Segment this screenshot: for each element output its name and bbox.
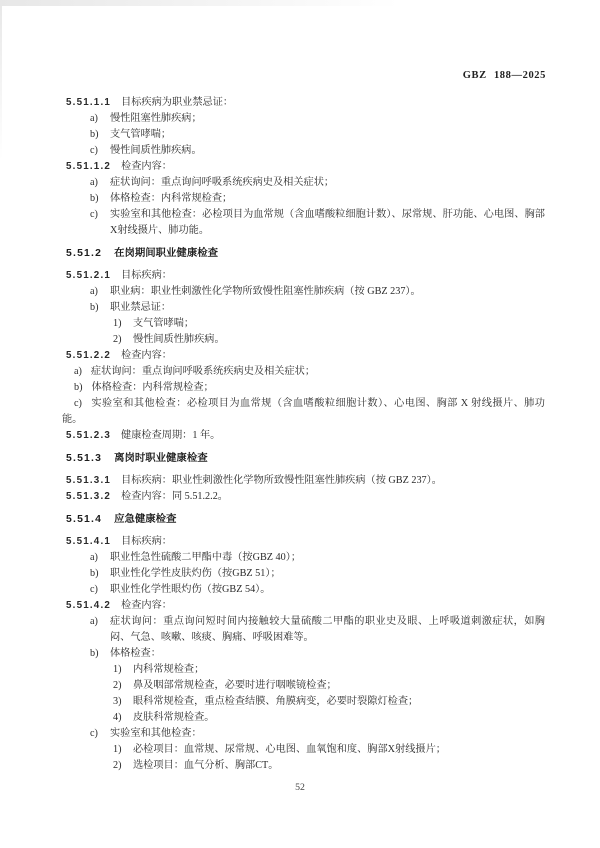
block-text: 内科常规检查； bbox=[133, 664, 204, 675]
list-item-level1-flat-c): c)实验室和其他检查：必检项目为血常规（含血嗜酸粒细胞计数）、心电图、胸部 X … bbox=[62, 396, 545, 428]
block-text: 应急健康检查 bbox=[114, 514, 176, 525]
block-text: 体格检查： bbox=[110, 648, 161, 659]
list-item-level1-a): a)慢性阻塞性肺疾病； bbox=[66, 111, 545, 127]
block-text: 职业性化学性眼灼伤（按GBZ 54）。 bbox=[110, 584, 270, 595]
clause-number: 5.51.2.1 bbox=[66, 270, 111, 281]
item-marker: a) bbox=[90, 614, 98, 630]
list-item-level1-b): b)体格检查：内科常规检查； bbox=[66, 191, 545, 207]
block-text: 支气管哮喘； bbox=[110, 129, 171, 140]
clause-number: 5.51.4.1 bbox=[66, 536, 111, 547]
document-header-standard-number: GBZ 188—2025 bbox=[463, 70, 546, 81]
block-text: 实验室和其他检查： bbox=[110, 728, 202, 739]
block-text: 慢性间质性肺疾病。 bbox=[133, 334, 225, 345]
list-item-level1-b): b)体格检查： bbox=[66, 646, 545, 662]
clause-5.51.2.2: 5.51.2.2检查内容： bbox=[66, 348, 545, 364]
item-marker: a) bbox=[90, 550, 98, 566]
document-body: 5.51.1.1目标疾病为职业禁忌证：a)慢性阻塞性肺疾病；b)支气管哮喘；c)… bbox=[66, 95, 545, 774]
item-marker: b) bbox=[74, 382, 83, 393]
item-marker: 4) bbox=[113, 710, 122, 726]
block-text: 检查内容： bbox=[121, 161, 172, 172]
item-marker: b) bbox=[90, 646, 99, 662]
item-marker: b) bbox=[90, 191, 99, 207]
block-text: 症状询问：重点询问呼吸系统疾病史及相关症状； bbox=[91, 366, 315, 377]
list-item-level1-a): a)职业性急性硫酸二甲酯中毒（按GBZ 40）； bbox=[66, 550, 545, 566]
block-text: 检查内容： bbox=[121, 600, 172, 611]
block-text: 职业禁忌证： bbox=[110, 302, 171, 313]
list-item-level2-1): 1)支气管哮喘； bbox=[66, 316, 545, 332]
clause-5.51.2.3: 5.51.2.3健康检查周期：1 年。 bbox=[66, 428, 545, 444]
block-text: 目标疾病为职业禁忌证： bbox=[121, 97, 233, 108]
section-heading-5.51.3: 5.51.3离岗时职业健康检查 bbox=[66, 451, 545, 467]
section-heading-5.51.2: 5.51.2在岗期间职业健康检查 bbox=[66, 246, 545, 262]
clause-number: 5.51.2.3 bbox=[66, 430, 111, 441]
list-item-level1-b): b)职业禁忌证： bbox=[66, 300, 545, 316]
item-marker: 2) bbox=[113, 758, 122, 774]
item-marker: a) bbox=[74, 366, 82, 377]
block-text: 鼻及咽部常规检查，必要时进行咽喉镜检查； bbox=[133, 680, 337, 691]
section-heading-5.51.4: 5.51.4应急健康检查 bbox=[66, 512, 545, 528]
document-page: GBZ 188—2025 5.51.1.1目标疾病为职业禁忌证：a)慢性阻塞性肺… bbox=[0, 0, 600, 848]
block-text: 皮肤科常规检查。 bbox=[133, 712, 215, 723]
block-text: 体格检查：内科常规检查； bbox=[110, 193, 232, 204]
item-marker: 1) bbox=[113, 742, 122, 758]
page-number: 52 bbox=[0, 782, 600, 793]
list-item-level2-2): 2)鼻及咽部常规检查，必要时进行咽喉镜检查； bbox=[66, 678, 545, 694]
clause-5.51.2.1: 5.51.2.1目标疾病： bbox=[66, 268, 545, 284]
block-text: 职业病：职业性刺激性化学物所致慢性阻塞性肺疾病（按 GBZ 237）。 bbox=[110, 286, 421, 297]
item-marker: a) bbox=[90, 175, 98, 191]
clause-number: 5.51.1.1 bbox=[66, 97, 111, 108]
block-text: 健康检查周期：1 年。 bbox=[121, 430, 220, 441]
scan-edge-artifact-top bbox=[0, 0, 400, 6]
item-marker: 2) bbox=[113, 678, 122, 694]
block-text: 症状询问：重点询问呼吸系统疾病史及相关症状； bbox=[110, 177, 334, 188]
item-marker: c) bbox=[90, 726, 98, 742]
list-item-level1-c): c)职业性化学性眼灼伤（按GBZ 54）。 bbox=[66, 582, 545, 598]
block-text: 离岗时职业健康检查 bbox=[114, 453, 208, 464]
list-item-level1-flat-b): b)体格检查：内科常规检查； bbox=[62, 380, 545, 396]
list-item-level2-4): 4)皮肤科常规检查。 bbox=[66, 710, 545, 726]
list-item-level1-flat-a): a)症状询问：重点询问呼吸系统疾病史及相关症状； bbox=[62, 364, 545, 380]
list-item-level1-a): a)症状询问：重点询问短时间内接触较大量硫酸二甲酯的职业史及眼、上呼吸道刺激症状… bbox=[66, 614, 545, 646]
clause-number: 5.51.4 bbox=[66, 514, 102, 525]
list-item-level2-1): 1)必检项目：血常规、尿常规、心电图、血氧饱和度、胸部X射线摄片； bbox=[66, 742, 545, 758]
clause-number: 5.51.4.2 bbox=[66, 600, 111, 611]
item-marker: c) bbox=[74, 398, 82, 409]
item-marker: b) bbox=[90, 127, 99, 143]
clause-number: 5.51.2.2 bbox=[66, 350, 111, 361]
list-item-level2-2): 2)慢性间质性肺疾病。 bbox=[66, 332, 545, 348]
clause-number: 5.51.2 bbox=[66, 248, 102, 259]
block-text: 慢性间质性肺疾病。 bbox=[110, 145, 202, 156]
list-item-level2-2): 2)选检项目：血气分析、胸部CT。 bbox=[66, 758, 545, 774]
clause-5.51.4.2: 5.51.4.2检查内容： bbox=[66, 598, 545, 614]
item-marker: c) bbox=[90, 207, 98, 223]
block-text: 目标疾病： bbox=[121, 270, 172, 281]
block-text: 检查内容： bbox=[121, 350, 172, 361]
clause-number: 5.51.1.2 bbox=[66, 161, 111, 172]
list-item-level1-c): c)慢性间质性肺疾病。 bbox=[66, 143, 545, 159]
list-item-level2-3): 3)眼科常规检查，重点检查结膜、角膜病变，必要时裂隙灯检查； bbox=[66, 694, 545, 710]
item-marker: c) bbox=[90, 143, 98, 159]
block-text: 必检项目：血常规、尿常规、心电图、血氧饱和度、胸部X射线摄片； bbox=[133, 744, 446, 755]
item-marker: b) bbox=[90, 300, 99, 316]
scan-edge-artifact-left bbox=[0, 0, 2, 160]
block-text: 支气管哮喘； bbox=[133, 318, 194, 329]
list-item-level1-b): b)支气管哮喘； bbox=[66, 127, 545, 143]
block-text: 目标疾病： bbox=[121, 536, 172, 547]
block-text: 选检项目：血气分析、胸部CT。 bbox=[133, 760, 278, 771]
item-marker: 3) bbox=[113, 694, 122, 710]
clause-number: 5.51.3 bbox=[66, 453, 102, 464]
list-item-level1-a): a)症状询问：重点询问呼吸系统疾病史及相关症状； bbox=[66, 175, 545, 191]
block-text: 实验室和其他检查：必检项目为血常规（含血嗜酸粒细胞计数）、尿常规、肝功能、心电图… bbox=[110, 209, 545, 236]
list-item-level2-1): 1)内科常规检查； bbox=[66, 662, 545, 678]
block-text: 目标疾病：职业性刺激性化学物所致慢性阻塞性肺疾病（按 GBZ 237）。 bbox=[121, 475, 442, 486]
block-text: 职业性化学性皮肤灼伤（按GBZ 51）； bbox=[110, 568, 281, 579]
block-text: 慢性阻塞性肺疾病； bbox=[110, 113, 202, 124]
item-marker: 1) bbox=[113, 662, 122, 678]
block-text: 检查内容：同 5.51.2.2。 bbox=[121, 491, 228, 502]
clause-number: 5.51.3.1 bbox=[66, 475, 111, 486]
item-marker: a) bbox=[90, 284, 98, 300]
block-text: 症状询问：重点询问短时间内接触较大量硫酸二甲酯的职业史及眼、上呼吸道刺激症状，如… bbox=[110, 616, 545, 643]
clause-5.51.3.2: 5.51.3.2检查内容：同 5.51.2.2。 bbox=[66, 489, 545, 505]
clause-5.51.3.1: 5.51.3.1目标疾病：职业性刺激性化学物所致慢性阻塞性肺疾病（按 GBZ 2… bbox=[66, 473, 545, 489]
item-marker: b) bbox=[90, 566, 99, 582]
item-marker: c) bbox=[90, 582, 98, 598]
list-item-level1-a): a)职业病：职业性刺激性化学物所致慢性阻塞性肺疾病（按 GBZ 237）。 bbox=[66, 284, 545, 300]
item-marker: a) bbox=[90, 111, 98, 127]
list-item-level1-b): b)职业性化学性皮肤灼伤（按GBZ 51）； bbox=[66, 566, 545, 582]
clause-5.51.1.1: 5.51.1.1目标疾病为职业禁忌证： bbox=[66, 95, 545, 111]
block-text: 实验室和其他检查：必检项目为血常规（含血嗜酸粒细胞计数）、心电图、胸部 X 射线… bbox=[62, 398, 545, 425]
clause-5.51.4.1: 5.51.4.1目标疾病： bbox=[66, 534, 545, 550]
block-text: 眼科常规检查，重点检查结膜、角膜病变，必要时裂隙灯检查； bbox=[133, 696, 418, 707]
list-item-level1-c): c)实验室和其他检查：必检项目为血常规（含血嗜酸粒细胞计数）、尿常规、肝功能、心… bbox=[66, 207, 545, 239]
block-text: 职业性急性硫酸二甲酯中毒（按GBZ 40）； bbox=[110, 552, 301, 563]
block-text: 体格检查：内科常规检查； bbox=[92, 382, 214, 393]
list-item-level1-c): c)实验室和其他检查： bbox=[66, 726, 545, 742]
clause-number: 5.51.3.2 bbox=[66, 491, 111, 502]
block-text: 在岗期间职业健康检查 bbox=[114, 248, 218, 259]
clause-5.51.1.2: 5.51.1.2检查内容： bbox=[66, 159, 545, 175]
item-marker: 2) bbox=[113, 332, 122, 348]
item-marker: 1) bbox=[113, 316, 122, 332]
